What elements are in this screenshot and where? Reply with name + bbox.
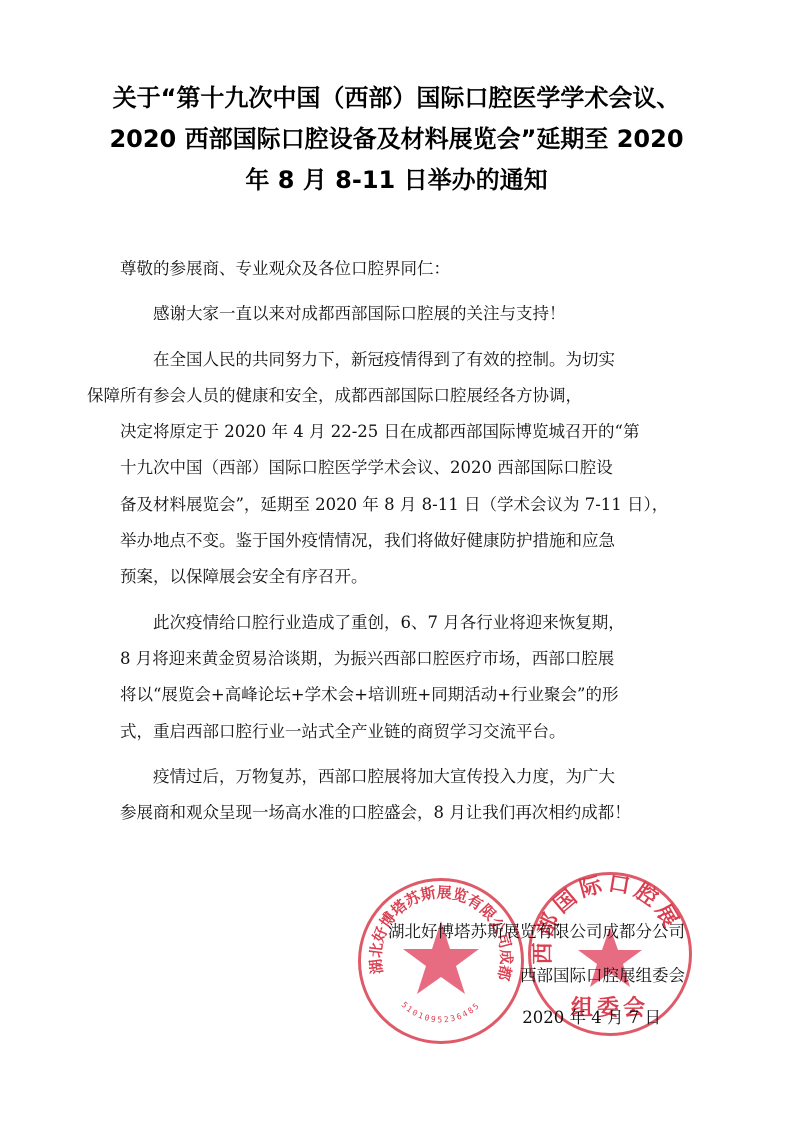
- paragraph-postponement: 在全国人民的共同努力下，新冠疫情得到了有效的控制。为切实 保障所有参会人员的健康…: [120, 342, 680, 596]
- paragraph-line: 决定将原定于 2020 年 4 月 22-25 日在成都西部国际博览城召开的“第: [87, 414, 680, 450]
- paragraph-closing: 疫情过后，万物复苏，西部口腔展将加大宣传投入力度，为广大 参展商和观众呈现一场高…: [120, 759, 680, 832]
- svg-text:5101095236485: 5101095236485: [400, 1000, 482, 1024]
- seal-serial: 5101095236485: [400, 1000, 482, 1024]
- title-line: 关于“第十九次中国（西部）国际口腔医学学术会议、: [100, 78, 693, 119]
- paragraph-line: 疫情过后，万物复苏，西部口腔展将加大宣传投入力度，为广大: [120, 759, 680, 795]
- document-body: 尊敬的参展商、专业观众及各位口腔界同仁： 感谢大家一直以来对成都西部国际口腔展的…: [120, 251, 680, 840]
- paragraph-line: 式，重启西部口腔行业一站式全产业链的商贸学习交流平台。: [87, 714, 680, 750]
- paragraph-industry: 此次疫情给口腔行业造成了重创，6、7 月各行业将迎来恢复期， 8 月将迎来黄金贸…: [120, 605, 680, 750]
- paragraph-line: 十九次中国（西部）国际口腔医学学术会议、2020 西部国际口腔设: [87, 450, 680, 486]
- paragraph-line: 感谢大家一直以来对成都西部国际口腔展的关注与支持！: [153, 304, 566, 323]
- paragraph-line: 在全国人民的共同努力下，新冠疫情得到了有效的控制。为切实: [120, 342, 680, 378]
- paragraph-thanks: 感谢大家一直以来对成都西部国际口腔展的关注与支持！: [120, 296, 680, 332]
- paragraph-line: 将以“展览会+高峰论坛+学术会+培训班+同期活动+行业聚会”的形: [87, 677, 680, 713]
- paragraph-line: 预案，以保障展会安全有序召开。: [87, 559, 680, 595]
- signature-date: 2020 年 4 月 7 日: [522, 1004, 661, 1028]
- signature-committee: 西部国际口腔展组委会: [520, 962, 685, 986]
- paragraph-line: 8 月将迎来黄金贸易洽谈期，为振兴西部口腔医疗市场，西部口腔展: [87, 641, 680, 677]
- paragraph-line: 举办地点不变。鉴于国外疫情情况，我们将做好健康防护措施和应急: [87, 523, 680, 559]
- paragraph-line: 参展商和观众呈现一场高水准的口腔盛会，8 月让我们再次相约成都！: [87, 795, 680, 831]
- paragraph-line: 备及材料展览会”，延期至 2020 年 8 月 8-11 日（学术会议为 7-1…: [87, 487, 680, 523]
- seal-star-icon: 湖北好博塔苏斯展览有限公司成都分公司 5101095236485: [361, 881, 521, 1041]
- paragraph-line: 保障所有参会人员的健康和安全，成都西部国际口腔展经各方协调，: [87, 378, 680, 414]
- signature-company: 湖北好博塔苏斯展览有限公司成都分公司: [388, 918, 685, 942]
- title-line: 2020 西部国际口腔设备及材料展览会”延期至 2020: [100, 119, 693, 160]
- salutation: 尊敬的参展商、专业观众及各位口腔界同仁：: [120, 251, 680, 287]
- company-seal: 湖北好博塔苏斯展览有限公司成都分公司 5101095236485: [358, 878, 524, 1044]
- title-line: 年 8 月 8-11 日举办的通知: [100, 160, 693, 201]
- paragraph-line: 此次疫情给口腔行业造成了重创，6、7 月各行业将迎来恢复期，: [120, 605, 680, 641]
- document-title: 关于“第十九次中国（西部）国际口腔医学学术会议、 2020 西部国际口腔设备及材…: [100, 78, 693, 201]
